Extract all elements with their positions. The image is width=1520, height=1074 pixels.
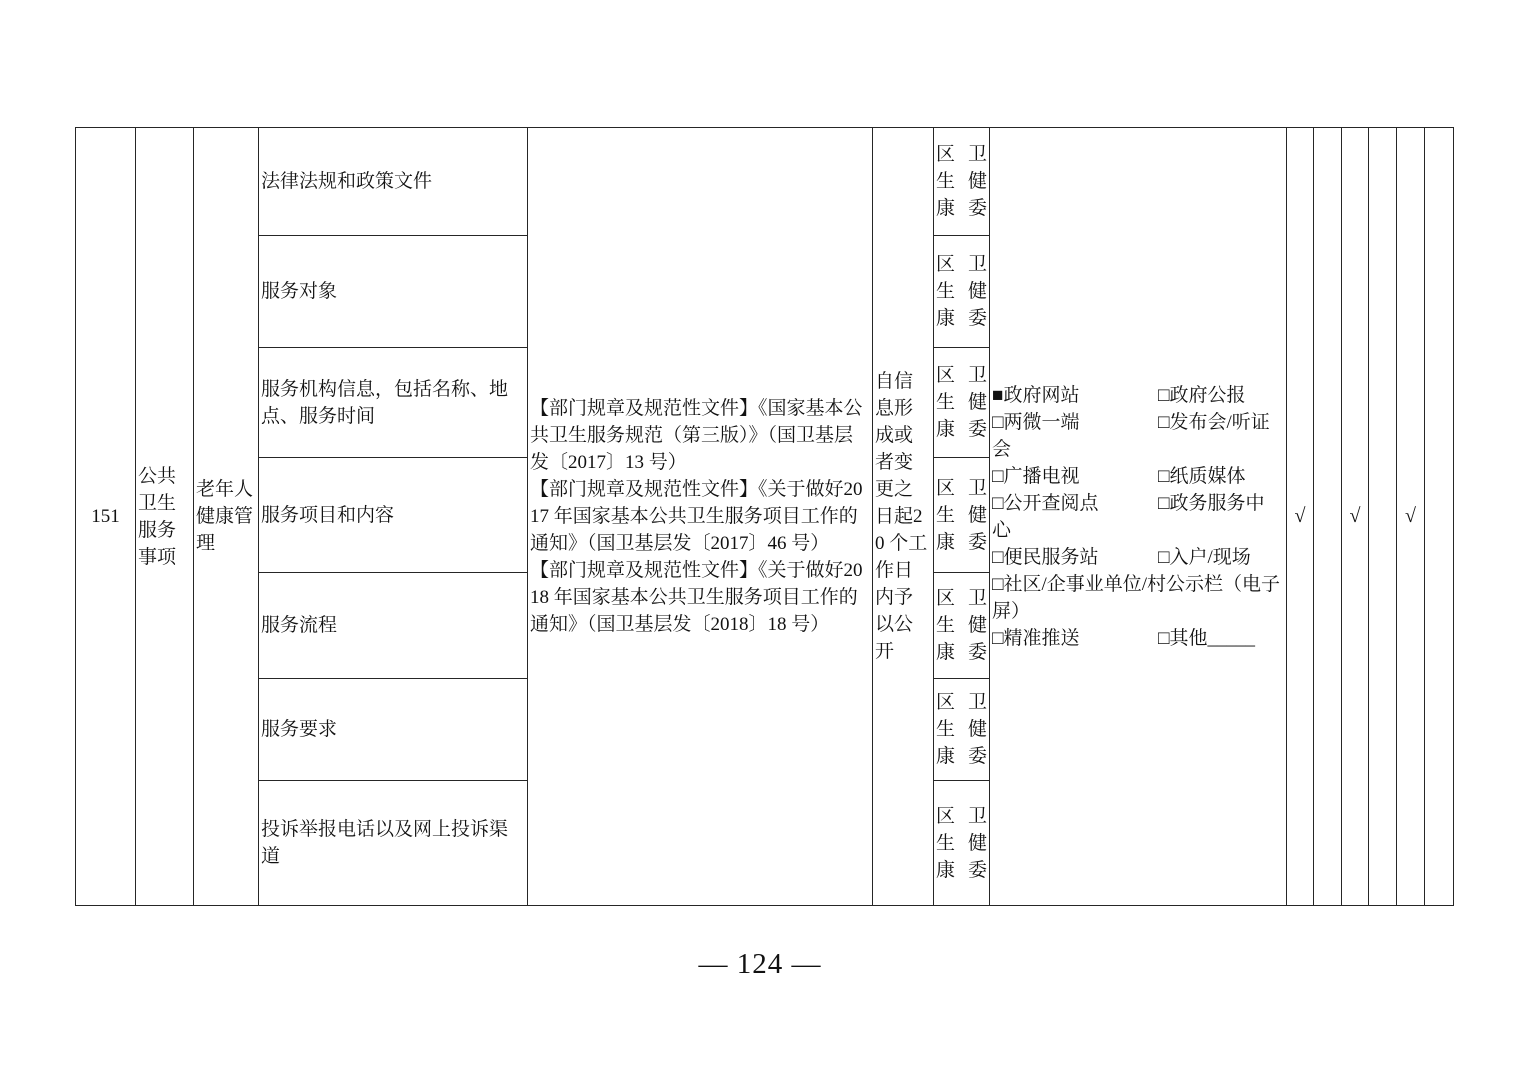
basis-cell: 【部门规章及规范性文件】《国家基本公共卫生服务规范（第三版）》（国卫基层发〔20… — [528, 128, 873, 906]
public-services-table: 151 公共卫生服务事项 老年人健康管理 法律法规和政策文件 【部门规章及规范性… — [75, 127, 1454, 906]
responsible-org-cell: 区卫生健康委 — [934, 458, 990, 573]
channel-line: □公开查阅点□政务服务中 — [992, 490, 1284, 517]
basis-entry: 【部门规章及规范性文件】《关于做好2017 年国家基本公共卫生服务项目工作的通知… — [530, 476, 870, 557]
open-content-cell: 服务流程 — [259, 573, 528, 679]
sub-item-cell: 老年人健康管理 — [194, 128, 259, 906]
channel-line: □两微一端□发布会/听证 — [992, 409, 1284, 436]
mark-cell: √ — [1287, 128, 1314, 906]
responsible-org-cell: 区卫生健康委 — [934, 236, 990, 348]
channel-item: □纸质媒体 — [1158, 463, 1284, 490]
document-page: 151 公共卫生服务事项 老年人健康管理 法律法规和政策文件 【部门规章及规范性… — [0, 0, 1520, 1074]
channel-item: □发布会/听证 — [1158, 409, 1284, 436]
open-content-cell: 法律法规和政策文件 — [259, 128, 528, 236]
open-content-cell: 服务对象 — [259, 236, 528, 348]
time-limit-cell: 自信息形成或者变更之日起20 个工作日内予以公开 — [873, 128, 934, 906]
mark-cell: √ — [1342, 128, 1369, 906]
seq-no-cell: 151 — [76, 128, 136, 906]
channel-item: ■政府网站 — [992, 382, 1158, 409]
responsible-org-cell: 区卫生健康委 — [934, 348, 990, 458]
channel-item: 会 — [992, 436, 1158, 463]
channel-line: 心 — [992, 517, 1284, 544]
open-content-cell: 投诉举报电话以及网上投诉渠道 — [259, 781, 528, 906]
channel-item: □入户/现场 — [1158, 544, 1284, 571]
channel-item: □社区/企事业单位/村公示栏（电子屏） — [992, 571, 1284, 625]
channel-item: □精准推送 — [992, 625, 1158, 652]
basis-entry: 【部门规章及规范性文件】《关于做好2018 年国家基本公共卫生服务项目工作的通知… — [530, 557, 870, 638]
mark-cell — [1369, 128, 1397, 906]
responsible-org-cell: 区卫生健康委 — [934, 128, 990, 236]
category-cell: 公共卫生服务事项 — [136, 128, 194, 906]
channel-item: □公开查阅点 — [992, 490, 1158, 517]
channel-item: 心 — [992, 517, 1158, 544]
mark-cell: √ — [1397, 128, 1425, 906]
basis-entry: 【部门规章及规范性文件】《国家基本公共卫生服务规范（第三版）》（国卫基层发〔20… — [530, 395, 870, 476]
channel-item: □广播电视 — [992, 463, 1158, 490]
responsible-org-cell: 区卫生健康委 — [934, 573, 990, 679]
channels-cell: ■政府网站□政府公报 □两微一端□发布会/听证 会 □广播电视□纸质媒体 □公开… — [990, 128, 1287, 906]
open-content-cell: 服务机构信息，包括名称、地点、服务时间 — [259, 348, 528, 458]
open-content-cell: 服务项目和内容 — [259, 458, 528, 573]
channel-line: □便民服务站□入户/现场 — [992, 544, 1284, 571]
channel-item: □其他_____ — [1158, 625, 1284, 652]
channel-line: □精准推送□其他_____ — [992, 625, 1284, 652]
channel-item: □政务服务中 — [1158, 490, 1284, 517]
page-number: — 124 — — [0, 948, 1520, 981]
open-content-cell: 服务要求 — [259, 679, 528, 781]
mark-cell — [1425, 128, 1454, 906]
channel-line: 会 — [992, 436, 1284, 463]
responsible-org-cell: 区卫生健康委 — [934, 679, 990, 781]
channel-line: □广播电视□纸质媒体 — [992, 463, 1284, 490]
responsible-org-cell: 区卫生健康委 — [934, 781, 990, 906]
channel-item: □便民服务站 — [992, 544, 1158, 571]
channel-line: ■政府网站□政府公报 — [992, 382, 1284, 409]
mark-cell — [1314, 128, 1342, 906]
channel-item: □两微一端 — [992, 409, 1158, 436]
channel-line: □社区/企事业单位/村公示栏（电子屏） — [992, 571, 1284, 625]
channel-item: □政府公报 — [1158, 382, 1284, 409]
